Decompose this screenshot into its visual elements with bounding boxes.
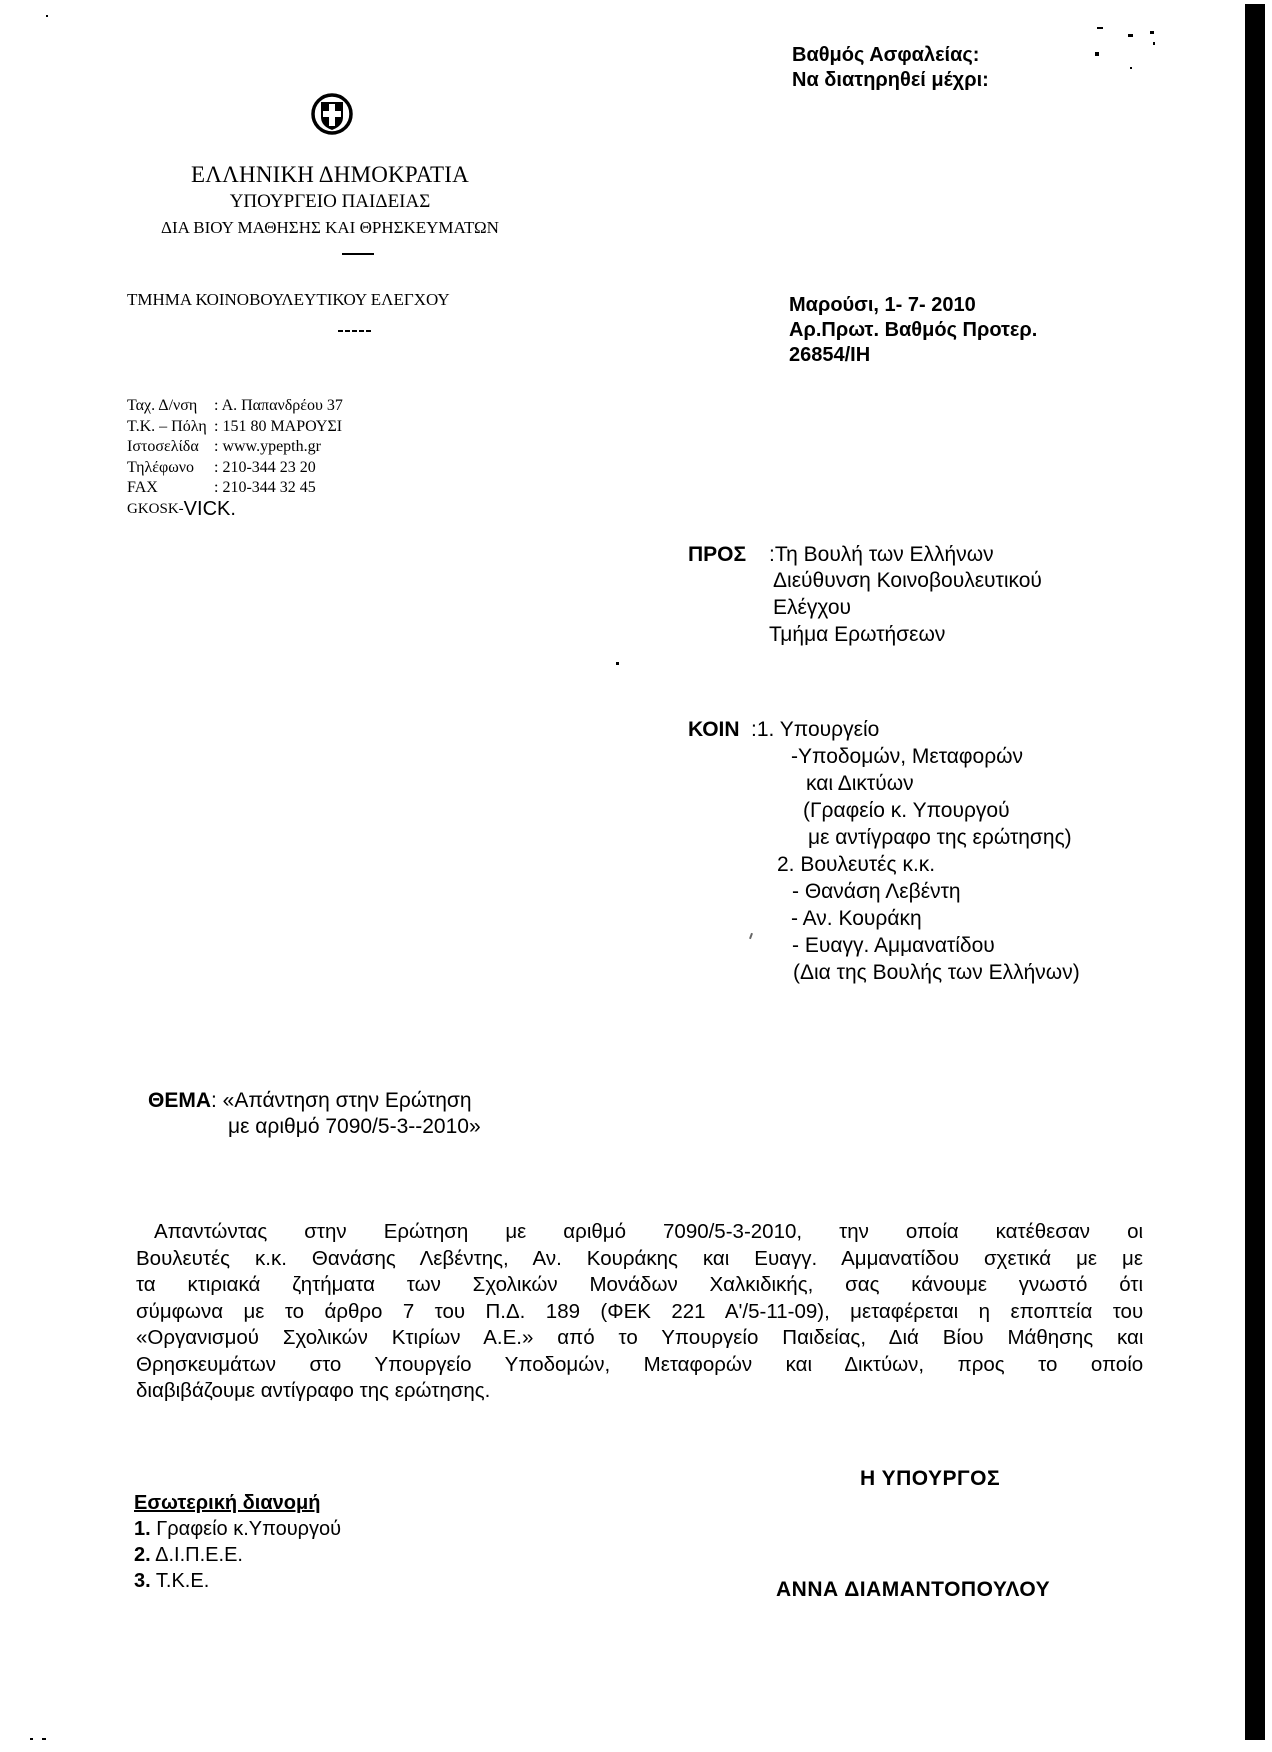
scan-edge-bar bbox=[1245, 4, 1265, 1740]
contact-label: Τ.Κ. – Πόλη bbox=[127, 417, 214, 438]
contact-value: : 210-344 23 20 bbox=[214, 458, 316, 479]
distribution-item: 2. Δ.Ι.Π.Ε.Ε. bbox=[134, 1542, 341, 1568]
contact-label: FAX bbox=[127, 478, 214, 499]
recipient-line: :Τη Βουλή των Ελλήνων bbox=[769, 542, 994, 569]
signatory-name: ΑΝΝΑ ΔΙΑΜΑΝΤΟΠΟΥΛΟΥ bbox=[776, 1578, 1050, 1602]
contact-value: : 151 80 ΜΑΡΟΥΣΙ bbox=[214, 417, 342, 438]
body-paragraph: Απαντώντας στην Ερώτηση με αριθμό 7090/5… bbox=[136, 1219, 1143, 1405]
recipient-line: Τμήμα Ερωτήσεων bbox=[769, 622, 945, 649]
contact-label: Τηλέφωνο bbox=[127, 458, 214, 479]
protocol-label: Αρ.Πρωτ. Βαθμός Προτερ. bbox=[789, 318, 1037, 343]
contact-block: Ταχ. Δ/νση : Α. Παπανδρέου 37 Τ.Κ. – Πόλ… bbox=[127, 396, 343, 519]
subject-line: με αριθμό 7090/5-3--2010» bbox=[148, 1114, 481, 1140]
contact-row-postcode: Τ.Κ. – Πόλη : 151 80 ΜΑΡΟΥΣΙ bbox=[127, 417, 343, 438]
internal-distribution: Εσωτερική διανομή 1. Γραφείο κ.Υπουργού … bbox=[134, 1490, 341, 1594]
contact-row-website: Ιστοσελίδα : www.ypepth.gr bbox=[127, 437, 343, 458]
cc-line: -Υποδομών, Μεταφορών bbox=[791, 744, 1023, 771]
subject-line: : «Απάντηση στην Ερώτηση bbox=[211, 1089, 472, 1112]
body-line: διαβιβάζουμε αντίγραφο της ερώτησης. bbox=[136, 1378, 1143, 1405]
contact-value: : Α. Παπανδρέου 37 bbox=[214, 396, 343, 417]
subject-label: ΘΕΜΑ bbox=[148, 1089, 211, 1112]
cc-line: (Γραφείο κ. Υπουργού bbox=[803, 798, 1010, 825]
contact-row-phone: Τηλέφωνο : 210-344 23 20 bbox=[127, 458, 343, 479]
cc-line: - Αν. Κουράκη bbox=[791, 906, 922, 933]
body-line: «Οργανισμού Σχολικών Κτιρίων Α.Ε.» από τ… bbox=[136, 1325, 1143, 1352]
scan-speck bbox=[1097, 27, 1103, 29]
greek-coat-of-arms-icon bbox=[311, 93, 353, 135]
contact-row-fax: FAX : 210-344 32 45 bbox=[127, 478, 343, 499]
recipient-label: ΠΡΟΣ bbox=[688, 542, 746, 569]
recipient-line: Διεύθυνση Κοινοβουλευτικού bbox=[773, 568, 1042, 595]
department-name: ΤΜΗΜΑ ΚΟΙΝΟΒΟΥΛΕΥΤΙΚΟΥ ΕΛΕΓΧΟΥ bbox=[127, 290, 450, 310]
recipient-line: Ελέγχου bbox=[773, 595, 851, 622]
ministry-heading: ΥΠΟΥΡΓΕΙΟ ΠΑΙΔΕΙΑΣ bbox=[120, 191, 540, 213]
cc-line: :1. Υπουργείο bbox=[751, 717, 879, 744]
contact-value: : www.ypepth.gr bbox=[214, 437, 321, 458]
cc-line: και Δικτύων bbox=[806, 771, 914, 798]
cc-line: με αντίγραφο της ερώτησης) bbox=[808, 825, 1072, 852]
republic-heading: ΕΛΛΗΝΙΚΗ ΔΗΜΟΚΡΑΤΙΑ bbox=[120, 162, 540, 188]
scan-speck bbox=[1153, 42, 1155, 45]
security-block: Βαθμός Ασφαλείας: Να διατηρηθεί μέχρι: bbox=[792, 43, 989, 93]
ministry-subheading: ΔΙΑ ΒΙΟΥ ΜΑΘΗΣΗΣ ΚΑΙ ΘΡΗΣΚΕΥΜΑΤΩΝ bbox=[120, 218, 540, 238]
cc-line: (Δια της Βουλής των Ελλήνων) bbox=[793, 960, 1080, 987]
body-line: τα κτιριακά ζητήματα των Σχολικών Μονάδω… bbox=[136, 1272, 1143, 1299]
scan-speck bbox=[42, 1738, 46, 1740]
scan-speck bbox=[1130, 67, 1132, 69]
body-line: Θρησκευμάτων στο Υπουργείο Υποδομών, Μετ… bbox=[136, 1352, 1143, 1379]
cc-line: - Θανάση Λεβέντη bbox=[792, 879, 961, 906]
signatory-title: Η ΥΠΟΥΡΓΟΣ bbox=[860, 1467, 1000, 1491]
contact-label: Ταχ. Δ/νση bbox=[127, 396, 214, 417]
cc-line: 2. Βουλευτές κ.κ. bbox=[777, 852, 935, 879]
date-protocol-block: Μαρούσι, 1- 7- 2010 Αρ.Πρωτ. Βαθμός Προτ… bbox=[789, 293, 1037, 368]
signature-code-suffix: VICK. bbox=[184, 499, 236, 520]
scan-speck bbox=[616, 662, 619, 665]
cc-line: - Ευαγγ. Αμμανατίδου bbox=[792, 933, 995, 960]
scan-speck bbox=[30, 1738, 33, 1740]
subject-block: ΘΕΜΑ: «Απάντηση στην Ερώτηση με αριθμό 7… bbox=[148, 1088, 481, 1140]
scan-speck bbox=[1128, 34, 1133, 37]
contact-label: Ιστοσελίδα bbox=[127, 437, 214, 458]
body-line: Απαντώντας στην Ερώτηση με αριθμό 7090/5… bbox=[136, 1219, 1143, 1246]
cc-label: ΚΟΙΝ bbox=[688, 717, 740, 744]
department-divider bbox=[338, 330, 371, 332]
check-mark-icon bbox=[749, 933, 753, 939]
contact-value: : 210-344 32 45 bbox=[214, 478, 316, 499]
header-divider bbox=[342, 253, 374, 255]
retain-until: Να διατηρηθεί μέχρι: bbox=[792, 68, 989, 93]
contact-row-address: Ταχ. Δ/νση : Α. Παπανδρέου 37 bbox=[127, 396, 343, 417]
signature-code-prefix: GKOSK- bbox=[127, 499, 184, 520]
distribution-item: 1. Γραφείο κ.Υπουργού bbox=[134, 1516, 341, 1542]
body-line: Βουλευτές κ.κ. Θανάσης Λεβέντης, Αν. Κου… bbox=[136, 1246, 1143, 1273]
scan-speck bbox=[1150, 31, 1154, 34]
distribution-item: 3. Τ.Κ.Ε. bbox=[134, 1568, 341, 1594]
scan-speck bbox=[1095, 52, 1099, 56]
place-date: Μαρούσι, 1- 7- 2010 bbox=[789, 293, 1037, 318]
security-level: Βαθμός Ασφαλείας: bbox=[792, 43, 989, 68]
signature-code: GKOSK-VICK. bbox=[127, 499, 343, 520]
distribution-title: Εσωτερική διανομή bbox=[134, 1490, 341, 1516]
protocol-number: 26854/ΙΗ bbox=[789, 343, 1037, 368]
scan-speck bbox=[46, 15, 48, 17]
body-line: σύμφωνα με το άρθρο 7 του Π.Δ. 189 (ΦΕΚ … bbox=[136, 1299, 1143, 1326]
